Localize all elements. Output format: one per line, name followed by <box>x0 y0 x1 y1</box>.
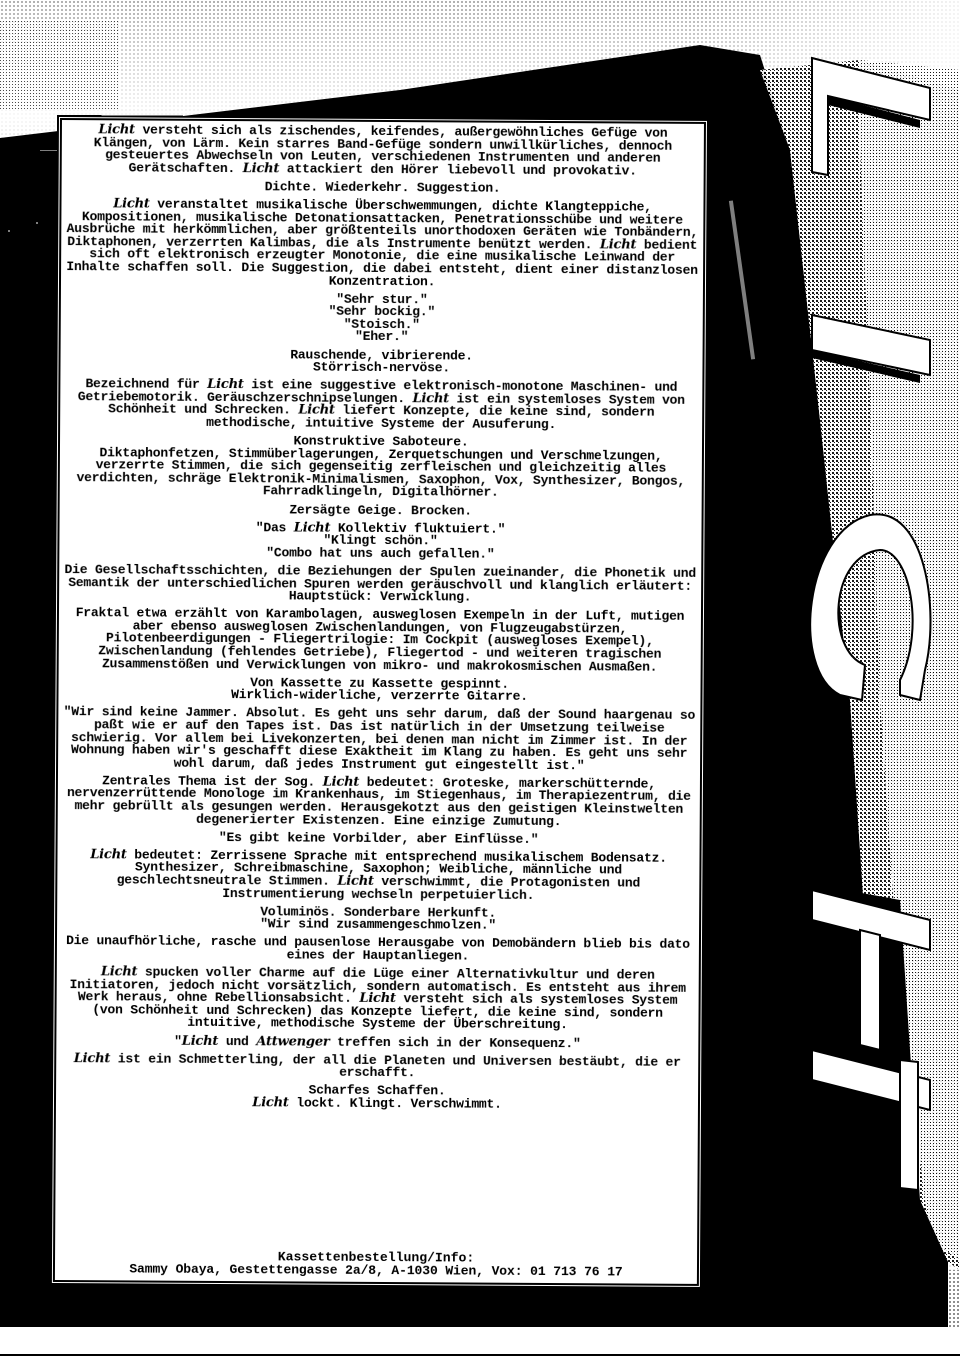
article-paragraph: Zersägte Geige. Brocken. <box>64 503 698 519</box>
article-paragraph: Die unaufhörliche, rasche und pausenlose… <box>61 935 695 964</box>
band-name-emphasis: Licht <box>252 1095 289 1110</box>
article-paragraph: Licht veranstaltet musikalische Überschw… <box>65 198 700 290</box>
article-paragraph: "Sehr stur.""Sehr bockig.""Stoisch.""Ehe… <box>65 292 699 346</box>
article-paragraph: Licht versteht sich als zischendes, keif… <box>66 124 700 178</box>
article-paragraph: Von Kassette zu Kassette gespinnt.Wirkli… <box>62 676 696 705</box>
article-paragraph: Scharfes Schaffen.Licht lockt. Klingt. V… <box>60 1083 694 1112</box>
band-name-emphasis: Licht <box>323 774 360 789</box>
band-name-emphasis: Licht <box>298 403 335 418</box>
page-bottom-margin <box>0 1327 960 1356</box>
article-paragraph: Konstruktive Saboteure.Diktaphonfetzen, … <box>64 434 698 501</box>
article-paragraph: "Es gibt keine Vorbilder, aber Einflüsse… <box>62 831 696 847</box>
band-name-emphasis: Licht <box>359 991 396 1006</box>
band-name-emphasis: Licht <box>243 161 280 176</box>
article-paragraph: Fraktal etwa erzählt von Karambolagen, a… <box>63 607 697 674</box>
band-name-emphasis: Licht <box>412 391 449 406</box>
article-paragraph: "Das Licht Kollektiv fluktuiert.""Klingt… <box>63 521 697 563</box>
article-paragraph: Bezeichnend für Licht ist eine suggestiv… <box>64 378 698 432</box>
article-panel: Licht versteht sich als zischendes, keif… <box>53 118 706 1286</box>
band-name-emphasis: Licht <box>98 122 135 137</box>
article-paragraph: Rauschende, vibrierende.Störrisch-nervös… <box>64 348 698 377</box>
article-paragraph: Licht bedeutet: Zerrissene Sprache mit e… <box>61 849 695 903</box>
article-paragraph: Licht spucken voller Charme auf die Lüge… <box>60 966 694 1033</box>
article-paragraph: Licht ist ein Schmetterling, der all die… <box>60 1053 694 1082</box>
band-name-emphasis: Licht <box>600 237 637 252</box>
article-paragraph: Voluminös. Sonderbare Herkunft."Wir sind… <box>61 905 695 934</box>
band-name-emphasis: Licht <box>74 1051 111 1066</box>
contact-line: Sammy Obaya, Gestettengasse 2a/8, A-1030… <box>55 1263 697 1280</box>
band-name-emphasis: Licht <box>113 196 150 211</box>
title-licht <box>800 50 940 1220</box>
band-name-emphasis: Licht <box>90 847 127 862</box>
article-paragraph: "Licht und Attwenger treffen sich in der… <box>60 1035 694 1051</box>
article-body: Licht versteht sich als zischendes, keif… <box>60 124 700 1118</box>
article-paragraph: Dichte. Wiederkehr. Suggestion. <box>66 180 700 196</box>
article-paragraph: "Wir sind keine Jammer. Absolut. Es geht… <box>62 706 696 773</box>
article-paragraph: Zentrales Thema ist der Sog. Licht bedeu… <box>62 775 696 829</box>
band-name-emphasis: Attwenger <box>256 1034 329 1049</box>
band-name-emphasis: Licht <box>207 377 244 392</box>
order-info: Kassettenbestellung/Info: Sammy Obaya, G… <box>55 1250 697 1279</box>
band-name-emphasis: Licht <box>294 520 331 535</box>
band-name-emphasis: Licht <box>101 964 138 979</box>
band-name-emphasis: Licht <box>337 874 374 889</box>
article-paragraph: Die Gesellschaftsschichten, die Beziehun… <box>63 564 697 606</box>
band-name-emphasis: Licht <box>182 1033 219 1048</box>
